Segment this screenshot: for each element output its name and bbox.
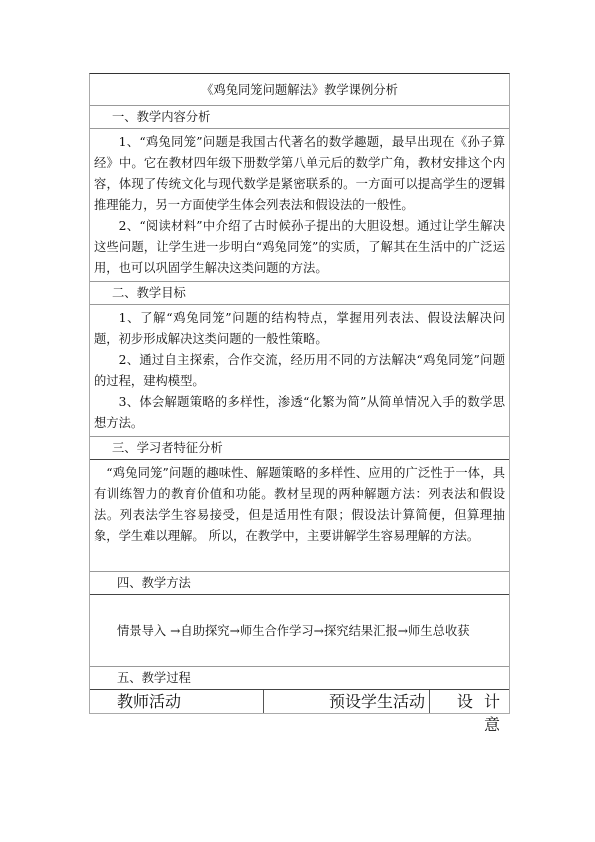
content-analysis-paragraph-2: 2、“阅读材料”中介绍了古时候孙子提出的大胆设想。通过让学生解决这些问题，让学生… <box>94 216 505 279</box>
learner-analysis-body: “鸡兔同笼”问题的趣味性、解题策略的多样性、应用的广泛性于一体，具有训练智力的教… <box>90 460 509 572</box>
learner-analysis-paragraph: “鸡兔同笼”问题的趣味性、解题策略的多样性、应用的广泛性于一体，具有训练智力的教… <box>94 463 505 547</box>
objective-2: 2、通过自主探索，合作交流，经历用不同的方法解决“鸡兔同笼”问题的过程，建构模型… <box>94 350 505 392</box>
section-heading-content-analysis: 一、教学内容分析 <box>90 106 509 129</box>
section-heading-process: 五、教学过程 <box>90 667 509 690</box>
objectives-body: 1、了解“鸡兔同笼”问题的结构特点，掌握用列表法、假设法解决问题，初步形成解决这… <box>90 305 509 437</box>
objective-1: 1、了解“鸡兔同笼”问题的结构特点，掌握用列表法、假设法解决问题，初步形成解决这… <box>94 308 505 350</box>
teaching-method-flow: 情景导入 →自助探究→师生合作学习→探究结果汇报→师生总收获 <box>90 595 509 667</box>
objective-3: 3、体会解题策略的多样性，渗透“化繁为简”从简单情况入手的数学思想方法。 <box>94 392 505 434</box>
column-teacher-activity: 教师活动 <box>90 690 264 713</box>
process-column-headers: 教师活动 预设学生活动 设 计 意 <box>90 690 509 714</box>
section-heading-learner-analysis: 三、学习者特征分析 <box>90 437 509 460</box>
lesson-analysis-table: 《鸡兔同笼问题解法》教学课例分析 一、教学内容分析 1、“鸡兔同笼”问题是我国古… <box>89 73 510 714</box>
section-heading-objectives: 二、教学目标 <box>90 282 509 305</box>
document-title: 《鸡兔同笼问题解法》教学课例分析 <box>90 74 509 106</box>
column-student-activity: 预设学生活动 <box>264 690 430 713</box>
content-analysis-body: 1、“鸡兔同笼”问题是我国古代著名的数学趣题，最早出现在《孙子算经》中。它在教材… <box>90 129 509 282</box>
section-heading-methods: 四、教学方法 <box>90 572 509 595</box>
column-design-intent: 设 计 意 <box>430 690 509 713</box>
content-analysis-paragraph-1: 1、“鸡兔同笼”问题是我国古代著名的数学趣题，最早出现在《孙子算经》中。它在教材… <box>94 132 505 216</box>
